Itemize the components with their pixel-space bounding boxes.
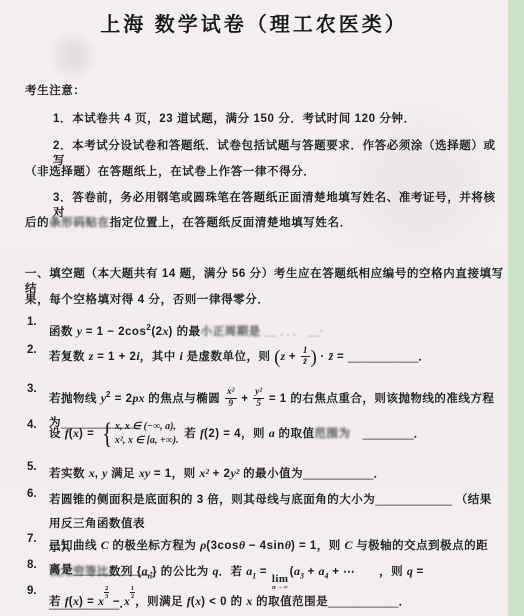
- question-text: 函数 y = 1 − 2cos2(2x) 的最小正周期是 ＿ ．．． ＿·: [49, 316, 496, 344]
- question-row-2: 2. 若复数 z = 1 + 2i，其中 i 是虚数单位，则 (z + 1z̄)…: [0, 344, 504, 370]
- text: 的极坐标方程为: [109, 540, 200, 552]
- text: 若: [49, 596, 65, 608]
- answer-blank: ________: [362, 428, 413, 440]
- question-text: 若复数 z = 1 + 2i，其中 i 是虚数单位，则 (z + 1z̄) · …: [49, 344, 496, 370]
- subscripted-variable: a4: [319, 564, 329, 578]
- text: ,: [95, 468, 102, 480]
- notice-item-3-line-2: 后的条形码贴在指定位置上，在答题纸反面清楚地填写姓名．: [25, 216, 504, 231]
- text: 的取值范围是: [252, 596, 328, 608]
- scan-edge-green-strip: [508, 0, 524, 616]
- page-title: 上海 数学试卷（理工农医类）: [0, 8, 508, 37]
- question-number: 2.: [27, 344, 49, 356]
- answer-blank: ___________: [328, 596, 398, 608]
- text: 指定位置上，在答题纸反面清楚地填写姓名．: [110, 217, 352, 229]
- text: = 1，则: [150, 468, 199, 480]
- text: ．: [398, 596, 410, 608]
- subscripted-variable: a3: [294, 564, 304, 578]
- text: 若复数: [49, 351, 89, 363]
- text: 函数: [49, 326, 77, 338]
- text: − 4sin: [245, 540, 285, 552]
- text: 满足: [107, 468, 138, 480]
- question-number: 5.: [27, 461, 49, 473]
- text: ) = 1，则: [291, 540, 345, 552]
- math-variable: xy: [139, 466, 150, 480]
- text: =: [333, 351, 348, 363]
- text: } 的公比为: [152, 566, 212, 578]
- text: 若圆锥的侧面积是底面积的 3 倍，则其母线与底面角的大小为: [49, 494, 375, 506]
- text: (2) = 4，则: [204, 428, 269, 440]
- math-variable: C: [101, 538, 109, 552]
- text: =: [256, 566, 271, 578]
- fraction: x²9: [225, 387, 237, 410]
- text: ，则: [379, 566, 407, 578]
- text: 设: [49, 428, 65, 440]
- answer-blank: ____________: [375, 494, 452, 506]
- text: 若抛物线: [49, 393, 101, 405]
- text: (3cos: [206, 540, 239, 552]
- text: 若实数: [49, 468, 89, 480]
- subscripted-variable: a1: [246, 564, 256, 578]
- text: ) 的最: [169, 326, 201, 338]
- smudged-text: 条形码贴在: [49, 217, 110, 229]
- question-row-4: 4. 设 f(x) = {x, x ∈ (−∞, a),x², x ∈ [a, …: [0, 419, 504, 449]
- question-number: 8.: [27, 559, 49, 571]
- question-number: 3.: [27, 383, 49, 395]
- text: [350, 428, 362, 440]
- text: 的最小值为: [239, 468, 303, 480]
- fraction: 1z̄: [301, 346, 310, 369]
- question-text: 若实数 x, y 满足 xy = 1，则 x² + 2y² 的最小值为_____…: [49, 461, 496, 486]
- text: ．若: [219, 566, 247, 578]
- text: ．: [418, 351, 430, 363]
- text: ．: [373, 468, 385, 480]
- text: = 2: [111, 393, 133, 405]
- text: + 2: [209, 468, 231, 480]
- faded-text: ＿ ．．． ＿·: [261, 326, 325, 338]
- text: ，其中: [140, 351, 180, 363]
- text: 的取值: [275, 428, 315, 440]
- text: +: [285, 351, 300, 363]
- notice-item-2-line-2: （非选择题）在答题纸上，在试卷上作答一律不得分．: [25, 165, 504, 180]
- text: 后的: [25, 217, 49, 229]
- text: 数列 {: [109, 566, 142, 578]
- text: 的焦点与椭圆: [145, 393, 224, 405]
- question-number: 6.: [27, 488, 49, 500]
- text: +: [304, 566, 319, 578]
- question-row-5: 5. 若实数 x, y 满足 xy = 1，则 x² + 2y² 的最小值为__…: [0, 461, 504, 486]
- piecewise-brace: {x, x ∈ (−∞, a),x², x ∈ [a, +∞).: [100, 419, 179, 449]
- text: ·: [317, 351, 329, 363]
- question-row-9: 9. 若 f(x) = x23 − x12，则满足 f(x) < 0 的 x 的…: [0, 585, 504, 614]
- text: ，则满足: [135, 596, 187, 608]
- text: = 1 − 2cos: [82, 326, 146, 338]
- text: =: [413, 566, 424, 578]
- answer-blank: ___________: [348, 351, 418, 363]
- faded-text: [355, 566, 379, 578]
- text: + ⋯: [329, 566, 356, 578]
- text: 已知曲线: [49, 540, 101, 552]
- smudged-text: 设无穷等比: [49, 566, 109, 578]
- fraction: y²5: [253, 387, 264, 410]
- smudged-text: 范围为: [314, 428, 350, 440]
- answer-blank: ___________: [303, 468, 373, 480]
- exam-paper-page: 上海 数学试卷（理工农医类） 考生注意： 1．本试卷共 4 页，23 道试题，满…: [0, 0, 524, 616]
- question-text: 若 f(x) = x23 − x12，则满足 f(x) < 0 的 x 的取值范…: [49, 585, 496, 614]
- text: (2: [151, 326, 162, 338]
- text: = 1 + 2: [93, 351, 136, 363]
- question-number: 9.: [27, 585, 49, 597]
- notice-heading: 考生注意：: [25, 84, 504, 99]
- section-heading-line-2: 果，每个空格填对得 4 分，否则一律得零分．: [25, 293, 504, 308]
- question-number: 4.: [27, 419, 49, 431]
- question-row-1: 1. 函数 y = 1 − 2cos2(2x) 的最小正周期是 ＿ ．．． ＿·: [0, 316, 504, 344]
- question-number: 1.: [27, 316, 49, 328]
- text: −: [109, 596, 124, 608]
- text: 是虚数单位，则: [183, 351, 274, 363]
- math-variable: x²: [199, 466, 209, 480]
- text: ) =: [79, 596, 98, 608]
- text: ) =: [79, 428, 98, 440]
- question-text: 设 f(x) = {x, x ∈ (−∞, a),x², x ∈ [a, +∞)…: [49, 419, 496, 449]
- text: 若: [181, 428, 200, 440]
- math-variable: px: [133, 391, 145, 405]
- text: +: [238, 393, 253, 405]
- question-number: 7.: [27, 533, 49, 545]
- smudged-text: 小正周期是: [201, 326, 261, 338]
- subscripted-variable: an: [142, 564, 152, 578]
- text: ) < 0 的: [201, 596, 246, 608]
- notice-item-1: 1．本试卷共 4 页，23 道试题，满分 150 分．考试时间 120 分钟．: [53, 112, 504, 127]
- text: ．: [414, 428, 426, 440]
